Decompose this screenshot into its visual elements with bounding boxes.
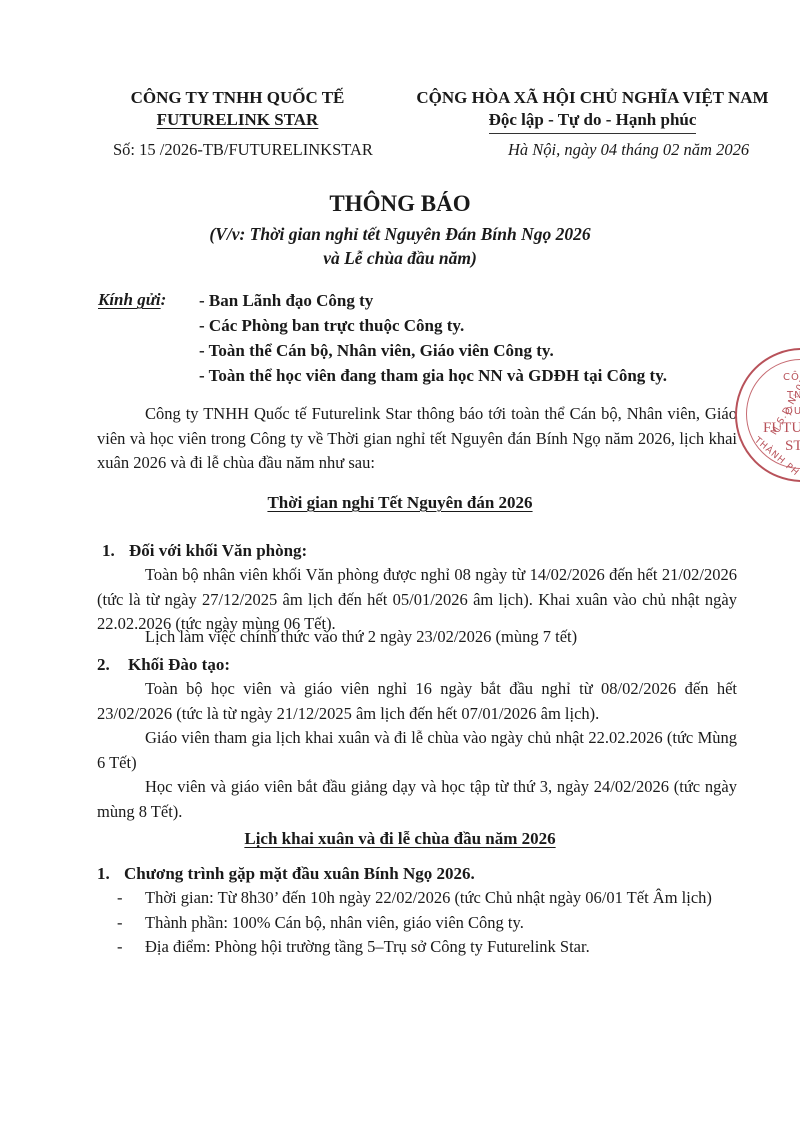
- section-heading-text: Thời gian nghỉ Tết Nguyên đán 2026: [267, 493, 532, 512]
- section-heading-holiday: Thời gian nghỉ Tết Nguyên đán 2026: [0, 493, 800, 513]
- office-paragraph-2: Lịch làm việc chính thức vào thứ 2 ngày …: [97, 625, 737, 650]
- meeting-participants: Thành phần: 100% Cán bộ, nhân viên, giáo…: [145, 911, 524, 936]
- item-title: Đối với khối Văn phòng:: [129, 541, 307, 560]
- document-subtitle-line1: (V/v: Thời gian nghỉ tết Nguyên Đán Bính…: [0, 222, 800, 246]
- stamp-line4: FUTUR: [763, 420, 800, 437]
- bullet-dash: -: [117, 886, 145, 911]
- list-item: - Thành phần: 100% Cán bộ, nhân viên, gi…: [117, 911, 737, 936]
- stamp-line5: ST: [785, 438, 800, 455]
- company-stamp: M.S.D.N: 010615 CÔN TN QUỐ FUTUR ST THÀN…: [735, 348, 800, 482]
- document-number: Số: 15 /2026-TB/FUTURELINKSTAR: [113, 140, 373, 160]
- training-paragraph-3: Học viên và giáo viên bắt đầu giảng dạy …: [97, 775, 737, 824]
- stamp-line3: QUỐ: [785, 406, 800, 417]
- section-heading-spring: Lịch khai xuân và đi lễ chùa đầu năm 202…: [0, 829, 800, 849]
- national-motto: Độc lập - Tự do - Hạnh phúc: [489, 109, 697, 134]
- intro-paragraph: Công ty TNHH Quốc tế Futurelink Star thô…: [97, 402, 737, 476]
- recipients-label: Kính gửi:: [98, 290, 166, 310]
- company-name-block: CÔNG TY TNHH QUỐC TẾ FUTURELINK STAR: [100, 87, 375, 131]
- company-name-line1: CÔNG TY TNHH QUỐC TẾ: [100, 87, 375, 109]
- item-title: Khối Đào tạo:: [128, 655, 230, 674]
- recipient-item: - Toàn thể học viên đang tham gia học NN…: [199, 363, 667, 388]
- item-training-heading: 2. Khối Đào tạo:: [97, 655, 230, 675]
- company-name-line2: FUTURELINK STAR: [157, 110, 319, 129]
- stamp-line1: CÔN: [783, 372, 800, 383]
- meeting-location: Địa điểm: Phòng hội trường tầng 5–Trụ sở…: [145, 935, 590, 960]
- item-number: 1.: [102, 541, 115, 560]
- place-date: Hà Nội, ngày 04 tháng 02 năm 2026: [508, 140, 749, 160]
- recipient-item: - Toàn thể Cán bộ, Nhân viên, Giáo viên …: [199, 338, 667, 363]
- recipients-label-text: Kính gửi: [98, 290, 161, 309]
- item-office-heading: 1. Đối với khối Văn phòng:: [102, 541, 307, 561]
- item-number: 2.: [97, 655, 110, 674]
- training-paragraph-2: Giáo viên tham gia lịch khai xuân và đi …: [97, 726, 737, 775]
- item-number: 1.: [97, 864, 110, 883]
- document-title: THÔNG BÁO: [0, 191, 800, 217]
- list-item: - Địa điểm: Phòng hội trường tầng 5–Trụ …: [117, 935, 737, 960]
- document-subtitle-line2: và Lễ chùa đầu năm): [0, 246, 800, 270]
- recipient-item: - Ban Lãnh đạo Công ty: [199, 288, 667, 313]
- meeting-details-list: - Thời gian: Từ 8h30’ đến 10h ngày 22/02…: [117, 886, 737, 960]
- item-meeting-heading: 1. Chương trình gặp mặt đầu xuân Bính Ng…: [97, 864, 475, 884]
- bullet-dash: -: [117, 935, 145, 960]
- recipient-item: - Các Phòng ban trực thuộc Công ty.: [199, 313, 667, 338]
- list-item: - Thời gian: Từ 8h30’ đến 10h ngày 22/02…: [117, 886, 737, 911]
- training-paragraph-1: Toàn bộ học viên và giáo viên nghỉ 16 ng…: [97, 677, 737, 726]
- recipients-list: - Ban Lãnh đạo Công ty - Các Phòng ban t…: [199, 288, 667, 388]
- country-name: CỘNG HÒA XÃ HỘI CHỦ NGHĨA VIỆT NAM: [405, 87, 780, 109]
- meeting-time: Thời gian: Từ 8h30’ đến 10h ngày 22/02/2…: [145, 886, 712, 911]
- national-header-block: CỘNG HÒA XÃ HỘI CHỦ NGHĨA VIỆT NAM Độc l…: [405, 87, 780, 134]
- bullet-dash: -: [117, 911, 145, 936]
- recipients-colon: :: [161, 290, 167, 309]
- item-title: Chương trình gặp mặt đầu xuân Bính Ngọ 2…: [124, 864, 475, 883]
- section-heading-text: Lịch khai xuân và đi lễ chùa đầu năm 202…: [244, 829, 555, 848]
- stamp-line2: TN: [787, 390, 800, 401]
